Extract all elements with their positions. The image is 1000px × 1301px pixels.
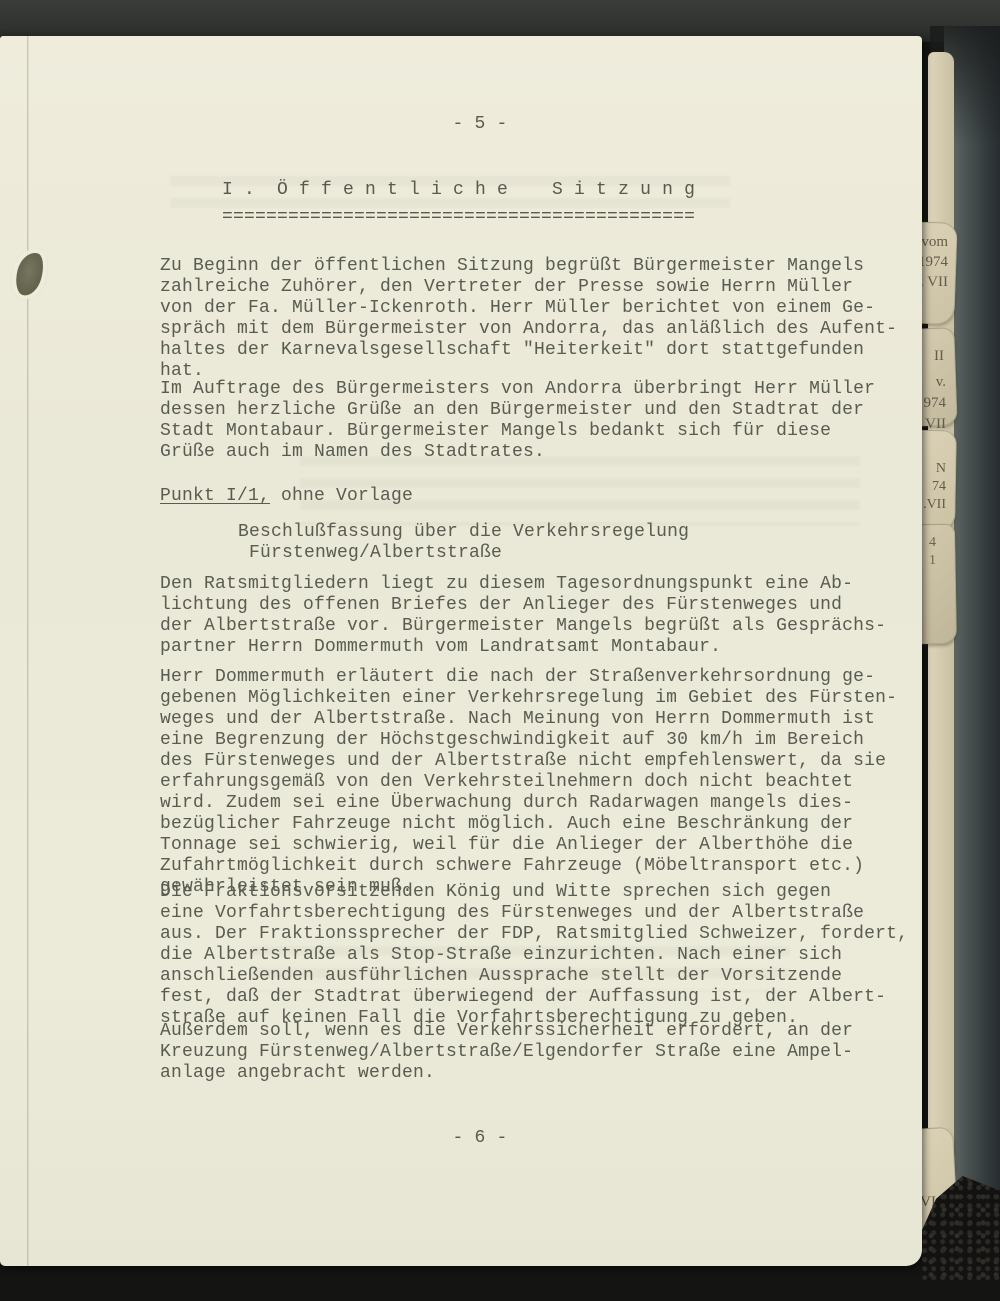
section-heading-text: I . Ö f f e n t l i c h e S i t z u n g [222, 180, 695, 200]
page-number-bottom: - 6 - [390, 1128, 570, 1149]
paragraph-intro-2: Im Auftrage des Bürgermeisters von Andor… [160, 379, 905, 463]
sheet-crease [27, 36, 29, 1266]
agenda-item-label: Punkt I/1, [160, 486, 270, 506]
document-sheet: - 5 - I . Ö f f e n t l i c h e S i t z … [0, 36, 922, 1266]
agenda-item-line: Punkt I/1, ohne Vorlage [160, 486, 905, 507]
scanned-minutes-page: - 5 - I . Ö f f e n t l i c h e S i t z … [0, 0, 1000, 1301]
punch-hole [12, 250, 47, 299]
agenda-subject: Beschlußfassung über die Verkehrsregelun… [238, 522, 838, 564]
agenda-item-suffix: ohne Vorlage [270, 486, 413, 506]
section-heading-underline: ========================================… [222, 207, 695, 227]
paragraph-dommermuth: Herr Dommermuth erläutert die nach der S… [160, 667, 910, 898]
paragraph-vorlage: Den Ratsmitgliedern liegt zu diesem Tage… [160, 574, 905, 658]
page-number-top: - 5 - [390, 114, 570, 135]
paragraph-intro-1: Zu Beginn der öffentlichen Sitzung begrü… [160, 256, 905, 382]
section-heading: I . Ö f f e n t l i c h e S i t z u n g=… [222, 177, 695, 231]
paragraph-ampelanlage: Außerdem soll, wenn es die Verkehrssiche… [160, 1021, 905, 1084]
paragraph-fraktionen: Die Fraktionsvorsitzenden König und Witt… [160, 882, 910, 1029]
